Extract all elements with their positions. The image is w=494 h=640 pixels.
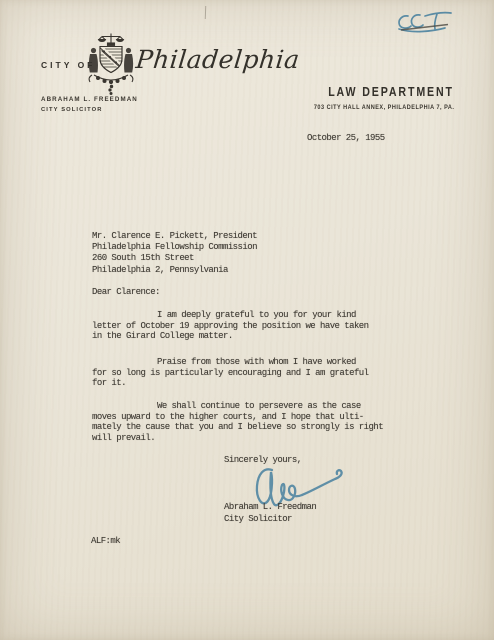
- paragraph-line: for so long is particularly encouraging …: [92, 368, 369, 379]
- recipient-line: Philadelphia 2, Pennsylvania: [92, 265, 257, 276]
- letter-date: October 25, 1955: [307, 133, 385, 144]
- paragraph-line: Praise from those with whom I have worke…: [92, 357, 369, 368]
- letter-document: CITY OF Philadelphia ABRAHAM L. FREEDMAN…: [0, 0, 494, 640]
- paragraph-2: Praise from those with whom I have worke…: [92, 357, 369, 389]
- paragraph-1: I am deeply grateful to you for your kin…: [92, 310, 369, 342]
- signature-name: Abraham L. Freedman: [224, 502, 316, 514]
- city-of-label: CITY OF: [41, 60, 95, 70]
- city-name-script: Philadelphia: [134, 45, 301, 74]
- paragraph-3: We shall continue to persevere as the ca…: [92, 401, 383, 443]
- department-address: 703 CITY HALL ANNEX, PHILADELPHIA 7, PA.: [313, 104, 454, 111]
- paragraph-line: will prevail.: [92, 433, 383, 444]
- recipient-line: Philadelphia Fellowship Commission: [92, 242, 257, 253]
- recipient-line: Mr. Clarence E. Pickett, President: [92, 231, 257, 242]
- department-title: LAW DEPARTMENT: [328, 85, 454, 99]
- official-block: ABRAHAM L. FREEDMAN CITY SOLICITOR: [41, 96, 138, 113]
- salutation: Dear Clarence:: [92, 287, 160, 298]
- signature-block: Abraham L. Freedman City Solicitor: [224, 502, 316, 525]
- official-title: CITY SOLICITOR: [41, 107, 138, 113]
- handwritten-mark-cct: [392, 8, 462, 36]
- official-name: ABRAHAM L. FREEDMAN: [41, 96, 138, 103]
- paragraph-line: in the Girard College matter.: [92, 331, 369, 342]
- paragraph-line: mately the cause that you and I believe …: [92, 422, 383, 433]
- paragraph-line: moves upward to the higher courts, and I…: [92, 412, 383, 423]
- reference-initials: ALF:mk: [91, 536, 120, 547]
- recipient-line: 260 South 15th Street: [92, 253, 257, 264]
- scan-crease-mark: [205, 6, 206, 19]
- paragraph-line: for it.: [92, 378, 369, 389]
- paragraph-line: I am deeply grateful to you for your kin…: [92, 310, 369, 321]
- paragraph-line: We shall continue to persevere as the ca…: [92, 401, 383, 412]
- signature-title: City Solicitor: [224, 514, 316, 526]
- recipient-address-block: Mr. Clarence E. Pickett, President Phila…: [92, 231, 257, 276]
- paragraph-line: letter of October 19 approving the posit…: [92, 321, 369, 332]
